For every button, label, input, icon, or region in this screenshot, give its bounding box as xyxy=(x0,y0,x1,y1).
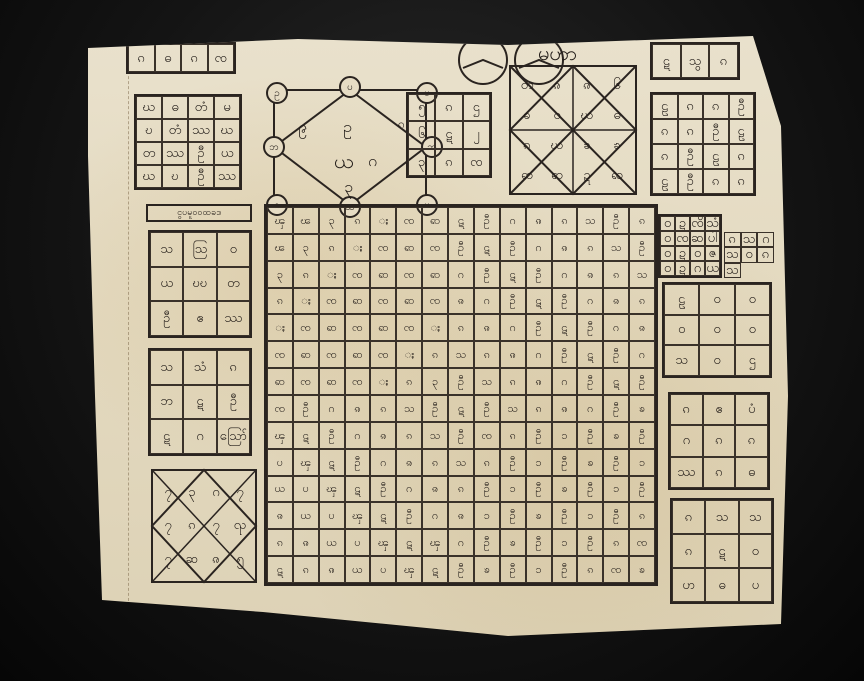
grid-cell: ဦ xyxy=(500,556,526,583)
glyph-cell: သ xyxy=(724,263,741,278)
grid-cell: ၾ xyxy=(396,556,422,583)
grid-cell: ၸ xyxy=(267,341,293,368)
grid-cell: ဦ xyxy=(526,422,552,449)
top-right-strip-cell: ဋ xyxy=(652,44,681,78)
grid-cell: ဦ xyxy=(577,368,603,395)
grid-cell: ဝ xyxy=(660,246,675,261)
grid-cell: ဋ xyxy=(500,261,526,288)
grid-cell: ဋ xyxy=(577,341,603,368)
glyph-cell: ဂ xyxy=(757,232,774,247)
diamond-inner-glyph: ၵ xyxy=(398,116,405,134)
grid-cell: ၷ xyxy=(552,234,578,261)
grid-cell: ၵ xyxy=(474,341,500,368)
grid-cell: ဦ xyxy=(603,449,629,476)
diamond-corner-circle: ပ xyxy=(339,76,361,98)
grid-cell: ဩ xyxy=(183,232,216,267)
glyph-cell: ၷ xyxy=(204,543,228,576)
grid-cell: ဦ xyxy=(629,234,655,261)
grid-cell: သ xyxy=(705,500,738,534)
top-left-magic-square: ဃဓတံမဎတံဿဃတဿဦယဃဎဦဿ xyxy=(134,94,242,190)
grid-cell: ဋ xyxy=(422,556,448,583)
grid-cell: ဂ xyxy=(577,288,603,315)
grid-cell: ၁ xyxy=(526,556,552,583)
grid-cell: ၀ xyxy=(699,315,734,346)
glyph-cell: ၅ xyxy=(228,543,252,576)
grid-cell: ၷ xyxy=(526,368,552,395)
glyph-cell: ဃ xyxy=(572,100,602,130)
grid-cell: ၵ xyxy=(678,119,704,144)
grid-cell: ဃ xyxy=(136,96,162,119)
grid-cell: ၵ xyxy=(448,476,474,503)
glyph-cell: ဂ xyxy=(204,476,228,509)
grid-cell: ဦ xyxy=(396,502,422,529)
grid-cell: ဋ xyxy=(448,395,474,422)
grid-cell: ဂ xyxy=(422,502,448,529)
right-small-magic-square: ဝဍၸိသံဝၸဆပါဝဍဝဇဝဍဂယ xyxy=(658,214,722,278)
grid-cell: ဦ xyxy=(577,529,603,556)
grid-cell: ၵ xyxy=(603,261,629,288)
grid-cell: ဆ xyxy=(690,231,705,246)
glyph-cell: ၇ xyxy=(156,476,180,509)
grid-cell: ၸ xyxy=(396,207,422,234)
top-strip: ၵ ဓ ၵ ၸ xyxy=(126,42,236,74)
glyph-cell: ၷ xyxy=(542,70,572,100)
grid-cell: ၂ xyxy=(463,121,490,148)
grid-cell: ၵ xyxy=(422,341,448,368)
grid-cell: ဠ xyxy=(652,169,678,194)
grid-cell: ၸ xyxy=(422,234,448,261)
right-top-magic-square: ဠၵၵဦၵၵဦဠၵဦဠၵဠဦၵၵ xyxy=(650,92,756,196)
grid-cell: ၵ xyxy=(703,94,729,119)
grid-cell: ဦ xyxy=(577,314,603,341)
grid-cell: သ xyxy=(448,341,474,368)
grid-cell: ၸ xyxy=(396,314,422,341)
grid-cell: ဦ xyxy=(474,476,500,503)
grid-cell: သ xyxy=(474,368,500,395)
glyph-cell: ၃ xyxy=(180,476,204,509)
grid-cell: ၀ xyxy=(664,315,699,346)
glyph-cell: တ xyxy=(512,70,542,100)
grid-cell: ယ xyxy=(345,556,371,583)
grid-cell: ၵ xyxy=(345,207,371,234)
grid-cell: ၷ xyxy=(577,261,603,288)
grid-cell: ႏ xyxy=(370,368,396,395)
grid-cell: ယ xyxy=(319,529,345,556)
grid-cell: ဋ xyxy=(448,207,474,234)
grid-cell: ၷ xyxy=(474,314,500,341)
grid-cell: ၶ xyxy=(603,422,629,449)
right-magic-square-2: ၵဧပံဂၵၵဿၵဓ xyxy=(668,392,770,490)
grid-cell: ဋ xyxy=(319,449,345,476)
grid-cell: ဝ xyxy=(660,261,675,276)
glyph-cell: ၶ xyxy=(512,100,542,130)
grid-cell: ဦ xyxy=(500,234,526,261)
glyph-cell: ၺ xyxy=(228,509,252,542)
grid-cell: ၵ xyxy=(652,119,678,144)
grid-cell: ၹ xyxy=(422,261,448,288)
grid-cell: ၵ xyxy=(526,395,552,422)
grid-cell: ၸ xyxy=(370,341,396,368)
glyph-cell: သ xyxy=(724,247,741,262)
grid-cell: ဝ xyxy=(660,216,675,231)
grid-cell: ၵ xyxy=(629,502,655,529)
grid-cell: ၵ xyxy=(319,234,345,261)
left-label-strip: ငွပမူဝဝထခဒ xyxy=(146,204,252,222)
main-magic-grid: ၾၽ၃ၵႏၸၹဋဦဂၷၵသဦၵၽ၃ၵႏၸၹၸဦဋဦဂၷၵသဦ၃ၵႏၸၹၸၹဂဦဋ… xyxy=(264,204,658,586)
glyph-cell: ၹ xyxy=(512,160,542,190)
glyph-cell: သ xyxy=(741,232,758,247)
glyph-cell: ၹ xyxy=(542,160,572,190)
grid-cell: ဂ xyxy=(183,419,216,454)
grid-cell: ဂ xyxy=(474,288,500,315)
grid-cell: ဦ xyxy=(422,395,448,422)
grid-cell: ဋ xyxy=(435,121,462,148)
grid-cell: ဦ xyxy=(603,502,629,529)
grid-cell: ၾ xyxy=(293,449,319,476)
grid-cell: ဪ xyxy=(217,419,250,454)
grid-cell: ဦ xyxy=(345,449,371,476)
grid-cell: ၁ xyxy=(552,422,578,449)
grid-cell: ဋ xyxy=(705,534,738,568)
grid-cell: ဦ xyxy=(188,165,214,188)
glyph-cell: ဆ xyxy=(180,543,204,576)
grid-cell: ၵ xyxy=(703,457,736,488)
left-magic-square-2: သသံၵဘဋဦဋဂဪ xyxy=(148,348,252,456)
grid-cell: သံ xyxy=(705,216,720,231)
grid-cell: ၽ xyxy=(267,234,293,261)
grid-cell: ၵ xyxy=(217,350,250,385)
cloth-seam xyxy=(128,56,132,616)
grid-cell: ဂ xyxy=(448,529,474,556)
grid-cell: ၁ xyxy=(500,476,526,503)
grid-cell: ဝ xyxy=(660,231,675,246)
grid-cell: ဦ xyxy=(500,288,526,315)
top-right-strip-cell: သွ xyxy=(681,44,710,78)
grid-cell: သ xyxy=(422,422,448,449)
grid-cell: ဦ xyxy=(577,422,603,449)
grid-cell: ႏ xyxy=(267,314,293,341)
grid-cell: သ xyxy=(664,345,699,376)
grid-cell: ၸ xyxy=(319,341,345,368)
x-yantra-glyphs: တၷၷ၆ၶဝဃဓၵဃၶၶၹၹဍၹ xyxy=(512,70,632,190)
grid-cell: ၸ xyxy=(345,261,371,288)
grid-cell: ဧ xyxy=(183,301,216,336)
grid-cell: ႏ xyxy=(370,207,396,234)
grid-cell: ဂ xyxy=(448,261,474,288)
grid-cell: ၵ xyxy=(396,422,422,449)
grid-cell: ဦ xyxy=(448,422,474,449)
grid-cell: ၵ xyxy=(396,368,422,395)
glyph-cell: ၵ xyxy=(757,247,774,262)
grid-cell: ဋ xyxy=(183,385,216,420)
grid-cell: ၷ xyxy=(345,395,371,422)
grid-cell: ၵ xyxy=(293,556,319,583)
diamond-inner-glyph: ၃ xyxy=(344,176,353,200)
grid-cell: တ xyxy=(136,142,162,165)
grid-cell: သ xyxy=(396,395,422,422)
grid-cell: ဋ xyxy=(474,234,500,261)
grid-cell: ဿ xyxy=(670,457,703,488)
grid-cell: ဦ xyxy=(603,341,629,368)
grid-cell: ပါ xyxy=(705,231,720,246)
grid-cell: ၾ xyxy=(370,529,396,556)
grid-cell: ၃ xyxy=(422,368,448,395)
grid-cell: ဦ xyxy=(729,94,755,119)
grid-cell: ဠ xyxy=(703,144,729,169)
grid-cell: ၹ xyxy=(293,341,319,368)
grid-cell: ၵ xyxy=(293,261,319,288)
grid-cell: ၀ xyxy=(699,284,734,315)
left-label-text: ငွပမူဝဝထခဒ xyxy=(177,208,221,218)
grid-cell: ဟ xyxy=(672,568,705,602)
grid-cell: ဂ xyxy=(319,395,345,422)
grid-cell: သ xyxy=(629,261,655,288)
grid-cell: ၸ xyxy=(293,368,319,395)
grid-cell: ဦ xyxy=(526,529,552,556)
grid-cell: ၸ xyxy=(603,556,629,583)
grid-cell: ဝ xyxy=(690,246,705,261)
grid-cell: ၁ xyxy=(629,449,655,476)
grid-cell: ဍ xyxy=(675,246,690,261)
grid-cell: ၸ xyxy=(267,395,293,422)
grid-cell: ၾ xyxy=(267,422,293,449)
grid-cell: ၃ xyxy=(319,207,345,234)
grid-cell: ၅ xyxy=(408,94,435,121)
grid-cell: သ xyxy=(500,395,526,422)
grid-cell: ၆ xyxy=(408,121,435,148)
grid-cell: ၸ xyxy=(293,314,319,341)
glyph-cell: ၇ xyxy=(228,476,252,509)
grid-cell: ၸ xyxy=(422,288,448,315)
grid-cell: ၸ xyxy=(396,261,422,288)
grid-cell: ၸ xyxy=(675,231,690,246)
right-magic-square-1: ဠ၀ဝ၀၀၀သ၀ဌ xyxy=(662,282,772,378)
grid-cell: ၸ xyxy=(370,288,396,315)
grid-cell: မ xyxy=(214,96,240,119)
grid-cell: ႏ xyxy=(319,261,345,288)
grid-cell: ၁ xyxy=(552,529,578,556)
glyph-cell: ၹ xyxy=(602,160,632,190)
right-small-tail: ၵသဂသ၀ၵသ xyxy=(724,232,774,278)
grid-cell: ဂ xyxy=(500,207,526,234)
grid-cell: ၵ xyxy=(652,144,678,169)
grid-cell: ၶ xyxy=(577,449,603,476)
grid-cell: ဧ xyxy=(703,394,736,425)
glyph-cell: ၶ xyxy=(602,130,632,160)
grid-cell: ႏ xyxy=(345,234,371,261)
grid-cell: ယ xyxy=(214,142,240,165)
grid-cell: ၵ xyxy=(500,422,526,449)
grid-cell: သ xyxy=(150,350,183,385)
glyph-cell: ၀ xyxy=(741,247,758,262)
grid-cell: ၵ xyxy=(370,395,396,422)
grid-cell: ဦ xyxy=(526,314,552,341)
grid-cell: ၷ xyxy=(319,556,345,583)
glyph-cell: ၵ xyxy=(724,232,741,247)
grid-cell: ဦ xyxy=(629,368,655,395)
grid-cell: ၁ xyxy=(526,449,552,476)
diamond-inner-glyph: ဥ xyxy=(343,116,352,140)
grid-cell: ၸ xyxy=(629,529,655,556)
grid-cell: ဦ xyxy=(217,385,250,420)
grid-cell: တံ xyxy=(188,96,214,119)
grid-cell: ပ xyxy=(293,476,319,503)
grid-cell: သ xyxy=(150,232,183,267)
top-strip-cell: ဓ xyxy=(155,44,182,72)
top-strip-cell: ၵ xyxy=(128,44,155,72)
grid-cell: ၵ xyxy=(267,288,293,315)
grid-cell: ၵ xyxy=(735,425,768,456)
grid-cell: ဦ xyxy=(577,476,603,503)
grid-cell: ဦ xyxy=(293,395,319,422)
grid-cell: သ xyxy=(577,207,603,234)
grid-cell: ၹ xyxy=(319,314,345,341)
glyph-cell: ၇ xyxy=(156,543,180,576)
grid-cell: ၵ xyxy=(552,207,578,234)
grid-cell: ဂ xyxy=(526,234,552,261)
diamond-inner-glyph: ၉ xyxy=(298,116,307,140)
grid-cell: ႏ xyxy=(396,341,422,368)
grid-cell: ၶ xyxy=(526,502,552,529)
grid-cell: ၷ xyxy=(500,341,526,368)
grid-cell: ၹ xyxy=(370,261,396,288)
grid-cell: ဿ xyxy=(162,142,188,165)
grid-cell: ၷ xyxy=(448,288,474,315)
grid-cell: ပံ xyxy=(735,394,768,425)
grid-cell: ဦ xyxy=(678,144,704,169)
grid-cell: ၷ xyxy=(422,476,448,503)
grid-cell: ၵ xyxy=(448,314,474,341)
grid-cell: တ xyxy=(217,267,250,302)
grid-cell: တံ xyxy=(162,119,188,142)
grid-cell: ၷ xyxy=(267,502,293,529)
grid-cell: ယ xyxy=(293,502,319,529)
grid-cell: ၷ xyxy=(629,314,655,341)
grid-cell: သ xyxy=(739,500,772,534)
grid-cell: ၷ xyxy=(526,207,552,234)
grid-cell: ဂ xyxy=(552,261,578,288)
grid-cell: ဋ xyxy=(267,556,293,583)
grid-cell: ဿ xyxy=(217,301,250,336)
grid-cell: ၶ xyxy=(474,556,500,583)
grid-cell: ဦ xyxy=(474,529,500,556)
yantra-cloth: ၵ ဓ ၵ ၸ ဃဓတံမဎတံဿဃတဿဦယဃဎဦဿ ဥ ပ မ ဘ ဘ ယ ဂ… xyxy=(88,36,788,636)
grid-cell: ဓ xyxy=(735,457,768,488)
grid-cell: ပ xyxy=(319,502,345,529)
grid-cell: ၹ xyxy=(422,207,448,234)
grid-cell: ဂ xyxy=(577,395,603,422)
grid-cell: ၹ xyxy=(370,314,396,341)
grid-cell: ဦ xyxy=(629,476,655,503)
center-top-magic-square: ၅ၵဌ၆ဋ၂၃ၵၸ xyxy=(406,92,492,178)
grid-cell: ဦ xyxy=(703,119,729,144)
grid-cell: ၾ xyxy=(345,502,371,529)
grid-cell: ၵ xyxy=(267,529,293,556)
grid-cell: ၾ xyxy=(422,529,448,556)
grid-cell: ၸ xyxy=(345,368,371,395)
grid-cell: ၶ xyxy=(500,529,526,556)
grid-cell: ဎ xyxy=(162,165,188,188)
glyph-cell: ၇ xyxy=(156,509,180,542)
grid-cell: ဓ xyxy=(705,568,738,602)
diamond-corner-circle: ဘ xyxy=(263,136,285,158)
grid-cell: ၵ xyxy=(435,94,462,121)
grid-cell: ၀ xyxy=(735,315,770,346)
grid-cell: ဦ xyxy=(370,476,396,503)
grid-cell: ၶ xyxy=(629,395,655,422)
grid-cell: ၷ xyxy=(448,502,474,529)
grid-cell: ယ xyxy=(150,267,183,302)
grid-cell: ဂ xyxy=(345,422,371,449)
glyph-cell: ၵ xyxy=(180,509,204,542)
grid-cell: ယ xyxy=(267,476,293,503)
top-strip-cell: ၸ xyxy=(208,44,235,72)
grid-cell: ဦ xyxy=(150,301,183,336)
grid-cell: ၸ xyxy=(474,422,500,449)
glyph-cell: ဓ xyxy=(602,100,632,130)
grid-cell: ဦ xyxy=(552,288,578,315)
grid-cell: ဦ xyxy=(603,395,629,422)
grid-cell: ၾ xyxy=(319,476,345,503)
grid-cell: ၃ xyxy=(408,149,435,176)
grid-cell: ဦ xyxy=(552,556,578,583)
grid-cell: ၸ xyxy=(463,149,490,176)
grid-cell: ဦ xyxy=(500,502,526,529)
grid-cell: ပ xyxy=(345,529,371,556)
grid-cell: ဿ xyxy=(214,165,240,188)
grid-cell: ဋ xyxy=(150,419,183,454)
grid-cell: ဂ xyxy=(526,341,552,368)
grid-cell: ဦ xyxy=(474,261,500,288)
grid-cell: ၵ xyxy=(474,449,500,476)
grid-cell: ၵ xyxy=(422,449,448,476)
grid-cell: ဋ xyxy=(552,314,578,341)
grid-cell: ႏ xyxy=(293,288,319,315)
grid-cell: ဓ xyxy=(162,96,188,119)
grid-cell: ၀ xyxy=(217,232,250,267)
grid-cell: ဂ xyxy=(500,314,526,341)
grid-cell: ဦ xyxy=(526,476,552,503)
grid-cell: ဂ xyxy=(629,341,655,368)
top-right-strip: ဋ သွ ၵ xyxy=(650,42,740,80)
grid-cell: ၵ xyxy=(603,529,629,556)
grid-cell: ဿ xyxy=(188,119,214,142)
grid-cell: ၶ xyxy=(552,476,578,503)
grid-cell: ၽ xyxy=(293,207,319,234)
grid-cell: ၃ xyxy=(293,234,319,261)
grid-cell: ၁ xyxy=(603,476,629,503)
grid-cell: ဇ xyxy=(705,246,720,261)
top-right-strip-cell: ၵ xyxy=(709,44,738,78)
glyph-cell: ဍ xyxy=(572,160,602,190)
grid-cell: ၸိ xyxy=(690,216,705,231)
grid-cell: ၵ xyxy=(703,169,729,194)
grid-cell: ဠ xyxy=(652,94,678,119)
grid-cell: ၵ xyxy=(577,234,603,261)
grid-cell: ဋ xyxy=(396,529,422,556)
grid-cell: ပ xyxy=(267,449,293,476)
grid-cell: ဘ xyxy=(150,385,183,420)
grid-cell: ဦ xyxy=(526,261,552,288)
glyph-cell: ဃ xyxy=(542,130,572,160)
grid-cell: ပ xyxy=(370,556,396,583)
grid-cell: ၹ xyxy=(345,288,371,315)
grid-cell: ၹ xyxy=(396,288,422,315)
grid-cell: ၷ xyxy=(603,288,629,315)
glyph-cell: ၵ xyxy=(512,130,542,160)
grid-cell: ၷ xyxy=(552,395,578,422)
grid-cell: ၸ xyxy=(370,234,396,261)
